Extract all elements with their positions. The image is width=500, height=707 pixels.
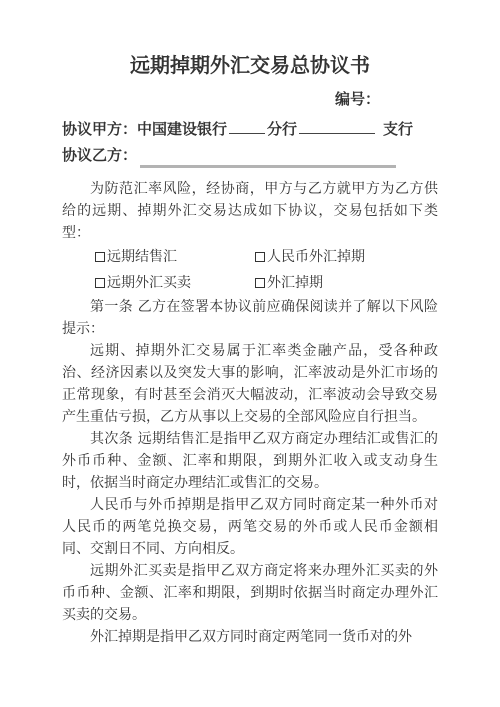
transaction-type-row: 远期结售汇人民币外汇掉期 [95, 244, 438, 270]
transaction-type-row: 远期外汇买卖外汇掉期 [95, 270, 438, 296]
transaction-type-option: 外汇掉期 [255, 270, 323, 296]
party-a-subbranch-blank-field [299, 115, 375, 134]
party-a-branch-label: 分行 [267, 120, 297, 138]
checkbox-icon [95, 252, 105, 262]
checkbox-icon [255, 278, 265, 288]
checkbox-icon [95, 278, 105, 288]
transaction-type-option: 远期外汇买卖 [95, 270, 255, 296]
document-page: 远期掉期外汇交易总协议书 编号： 协议甲方：中国建设银行分行支行 协议乙方： 为… [0, 0, 500, 707]
document-number-line: 编号： [62, 89, 438, 109]
party-b-line: 协议乙方： [62, 142, 438, 168]
transaction-type-label: 人民币外汇掉期 [267, 249, 365, 265]
party-a-subbranch-label: 支行 [383, 120, 413, 138]
clause-paragraph: 远期外汇买卖是指甲乙双方商定将来办理外汇买卖的外币币种、金额、汇率和期限，到期时… [62, 560, 438, 626]
intro-paragraph: 为防范汇率风险，经协商，甲方与乙方就甲方为乙方供给的远期、掉期外汇交易达成如下协… [62, 178, 438, 244]
clause-paragraph: 远期、掉期外汇交易属于汇率类金融产品，受各种政治、经济因素以及突发大事的影响，汇… [62, 340, 438, 428]
transaction-type-label: 远期外汇买卖 [107, 275, 191, 291]
party-a-branch-blank-field [229, 115, 265, 134]
checkbox-icon [255, 252, 265, 262]
document-number-label: 编号： [335, 90, 380, 108]
document-body: 为防范汇率风险，经协商，甲方与乙方就甲方为乙方供给的远期、掉期外汇交易达成如下协… [62, 178, 438, 648]
party-a-line: 协议甲方：中国建设银行分行支行 [62, 115, 438, 142]
party-a-label: 协议甲方： [62, 120, 137, 138]
transaction-type-option: 远期结售汇 [95, 244, 255, 270]
transaction-type-option: 人民币外汇掉期 [255, 244, 365, 270]
transaction-type-label: 外汇掉期 [267, 275, 323, 291]
party-b-blank-field [140, 147, 396, 168]
clause-paragraph: 其次条 远期结售汇是指甲乙双方商定办理结汇或售汇的外币币种、金额、汇率和期限，到… [62, 428, 438, 494]
transaction-type-options: 远期结售汇人民币外汇掉期 远期外汇买卖外汇掉期 [62, 244, 438, 296]
party-a-bank-name: 中国建设银行 [137, 120, 227, 138]
clause-paragraph: 人民币与外币掉期是指甲乙双方同时商定某一种外币对人民币的两笔兑换交易，两笔交易的… [62, 494, 438, 560]
clause-paragraph: 外汇掉期是指甲乙双方同时商定两笔同一货币对的外 [62, 626, 438, 648]
document-title: 远期掉期外汇交易总协议书 [62, 52, 438, 78]
transaction-type-label: 远期结售汇 [107, 249, 177, 265]
party-b-label: 协议乙方： [62, 142, 137, 168]
clause-paragraph: 第一条 乙方在签署本协议前应确保阅读并了解以下风险提示： [62, 296, 438, 340]
